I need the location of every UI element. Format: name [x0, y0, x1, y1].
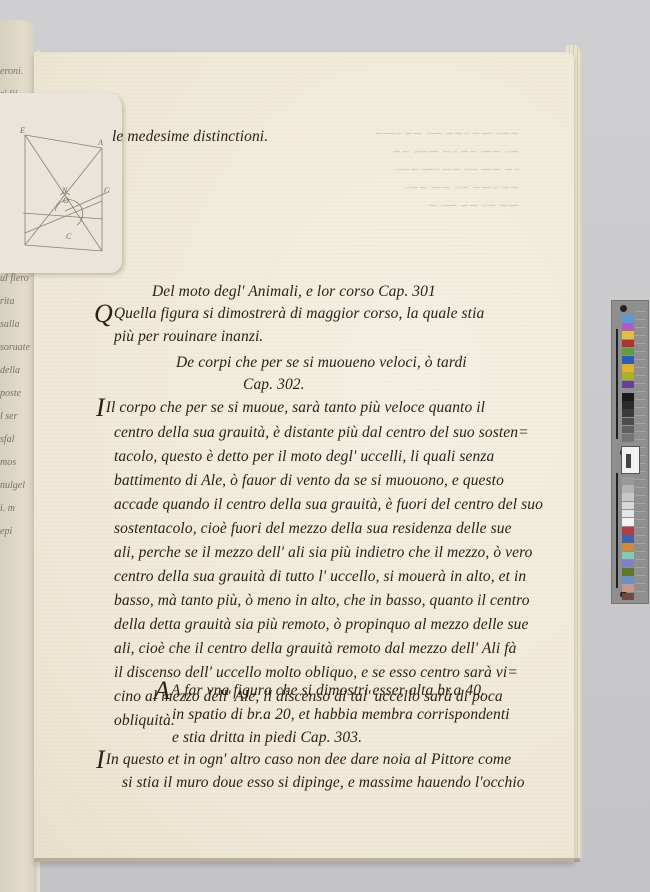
- color-swatch: [622, 502, 634, 510]
- color-swatch: [622, 434, 634, 442]
- color-swatch: [622, 493, 634, 501]
- color-swatch: [622, 340, 634, 348]
- text-line-content: Il corpo che per se si muoue, sarà tanto…: [106, 399, 485, 416]
- text-line: si stia il muro doue esso si dipinge, e …: [122, 774, 525, 792]
- margin-fragment: l ser: [0, 405, 34, 428]
- margin-fragment: rita: [0, 290, 34, 313]
- color-swatch: [622, 315, 634, 323]
- color-swatch: [622, 552, 634, 560]
- margin-fragment: salla: [0, 313, 34, 336]
- text-line-content: In questo et in ogn' altro caso non dee …: [106, 751, 511, 768]
- chapter-number-303: e stia dritta in piedi Cap. 303.: [172, 729, 362, 747]
- color-swatch: [622, 331, 634, 339]
- margin-fragment: eroni.: [0, 60, 34, 83]
- diagram-label-g: G: [104, 186, 110, 195]
- color-swatch: [622, 418, 634, 426]
- margin-fragment: epi: [0, 520, 34, 543]
- color-swatch: [622, 477, 634, 485]
- text-line: QQuella figura si dimostrerà di maggior …: [94, 305, 484, 323]
- text-line: della detta grauità sia più remoto, ò pr…: [114, 616, 528, 634]
- color-swatch: [622, 393, 634, 401]
- color-swatch: [622, 485, 634, 493]
- text-line-carryover: le medesime distinctioni.: [112, 128, 268, 146]
- text-line: sostentacolo, cioè fuori del mezzo della…: [114, 520, 512, 538]
- diagram-slip: E A N O G C: [0, 93, 122, 273]
- chapter-heading-301: Del moto degl' Animali, e lor corso Cap.…: [152, 283, 436, 301]
- bleed-through-text: ∽∼~ ⁓∽ ~∽∼ ⁓~ ∽∼ ~⁓∽∼~ ∽⁓ ∽∼ ~∽ ⁓∼~ ∽∼~∽…: [260, 125, 520, 215]
- text-line: il discenso dell' uccello molto obliquo,…: [114, 664, 518, 682]
- color-swatch: [622, 401, 634, 409]
- color-swatch: [622, 593, 634, 601]
- text-line-content: A far vna figura che si dimostri esser a…: [171, 682, 485, 699]
- page-bottom-edge: [34, 858, 580, 862]
- text-line: IIl corpo che per se si muoue, sarà tant…: [96, 399, 485, 417]
- margin-fragment: poste: [0, 382, 34, 405]
- color-swatch: [622, 372, 634, 380]
- color-swatch: [622, 426, 634, 434]
- target-label: [621, 446, 640, 474]
- target-mount-hole-top: [620, 305, 627, 312]
- diagram-label-a: A: [97, 138, 103, 147]
- target-rail: [616, 329, 618, 439]
- chapter-heading-303-cont: in spatio di br.a 20, et habbia membra c…: [172, 706, 510, 724]
- color-swatch: [622, 560, 634, 568]
- diagram-label-e: E: [19, 126, 25, 135]
- margin-fragment: mos: [0, 451, 34, 474]
- text-line: IIn questo et in ogn' altro caso non dee…: [96, 751, 511, 769]
- text-line: basso, mà tanto più, ò meno in alto, che…: [114, 592, 530, 610]
- color-swatch: [622, 584, 634, 592]
- margin-fragment: nulgel: [0, 474, 34, 497]
- text-line: centro della sua grauità di tutto l' ucc…: [114, 568, 526, 586]
- text-line: più per rouinare inanzi.: [114, 328, 263, 346]
- color-swatch: [622, 576, 634, 584]
- text-line: centro della sua grauità, è distante più…: [114, 424, 529, 442]
- chapter-heading-302: De corpi che per se si muoueno veloci, ò…: [176, 354, 467, 372]
- color-swatch: [622, 381, 634, 389]
- margin-fragment: soruate: [0, 336, 34, 359]
- diagram-label-o: O: [63, 196, 69, 205]
- color-calibration-target: [611, 300, 649, 604]
- margin-fragment: i. m: [0, 497, 34, 520]
- target-rail: [616, 473, 618, 588]
- margin-fragment: della: [0, 359, 34, 382]
- color-swatch: [622, 364, 634, 372]
- text-line: ali, cioè che il centro della grauità re…: [114, 640, 516, 658]
- diagram-label-c: C: [66, 232, 72, 241]
- text-line: accade quando il centro della sua grauit…: [114, 496, 543, 514]
- chapter-number-302: Cap. 302.: [243, 376, 305, 394]
- text-line: tacolo, questo è detto per il moto degl'…: [114, 448, 494, 466]
- text-line: obliquità.: [114, 712, 175, 730]
- color-swatch: [622, 535, 634, 543]
- color-swatch: [622, 510, 634, 518]
- color-swatch: [622, 518, 634, 526]
- geometry-diagram-icon: E A N O G C: [0, 93, 122, 273]
- diagram-label-n: N: [61, 186, 68, 195]
- text-line: ali, perche se il mezzo dell' ali sia pi…: [114, 544, 533, 562]
- color-swatch: [622, 348, 634, 356]
- color-swatch: [622, 323, 634, 331]
- color-swatch: [622, 527, 634, 535]
- text-line-content: Quella figura si dimostrerà di maggior c…: [114, 305, 484, 322]
- margin-fragment: sfal: [0, 428, 34, 451]
- color-swatch: [622, 568, 634, 576]
- text-line: battimento di Ale, ò fauor di vento da s…: [114, 472, 504, 490]
- color-swatch: [622, 356, 634, 364]
- color-swatch: [622, 543, 634, 551]
- color-swatch: [622, 409, 634, 417]
- chapter-heading-303: AA far vna figura che si dimostri esser …: [154, 682, 485, 700]
